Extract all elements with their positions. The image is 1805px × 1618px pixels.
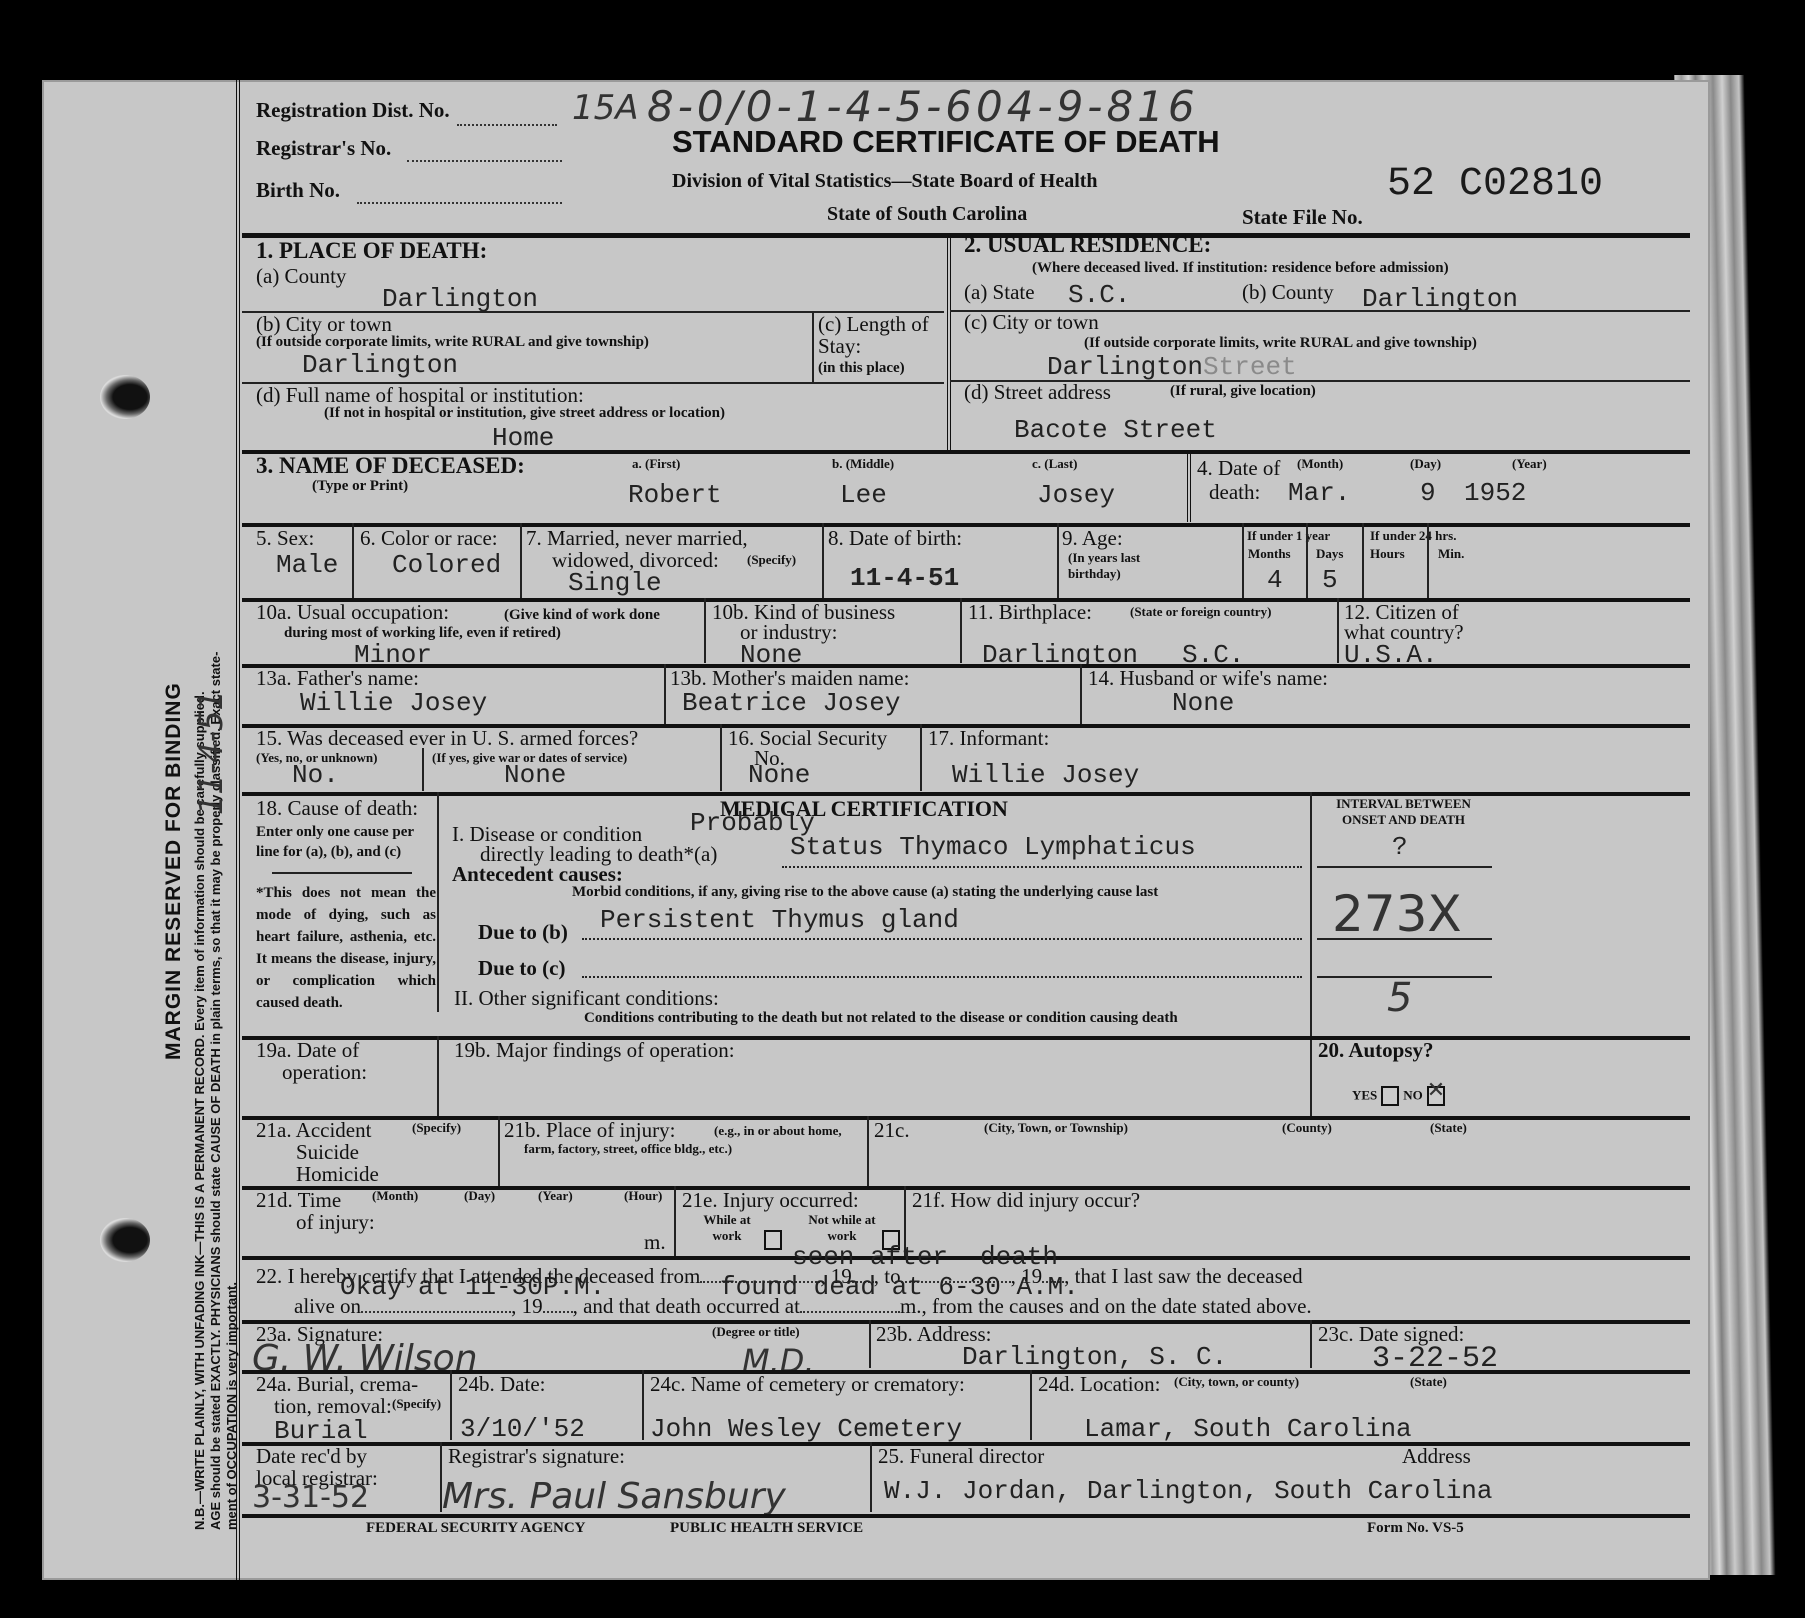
informant-value: Willie Josey <box>952 760 1139 790</box>
birth-no-line <box>357 202 562 204</box>
cause-b-value: Persistent Thymus gland <box>600 905 959 935</box>
divider <box>1242 523 1244 598</box>
state-file-number: 52 C02810 <box>1387 162 1603 207</box>
injury-year-label: (Year) <box>538 1188 573 1204</box>
reg-dist-line <box>457 124 557 126</box>
other-conditions-note: Conditions contributing to the death but… <box>584 1010 1178 1027</box>
armed-value: No. <box>292 760 339 790</box>
divider <box>822 523 824 598</box>
burial-type-specify: (Specify) <box>392 1396 441 1412</box>
injury-c-city: (City, Town, or Township) <box>984 1120 1128 1136</box>
res-city-faint-text: Street <box>1203 352 1297 382</box>
residence-note: (Where deceased lived. If institution: r… <box>1032 260 1449 277</box>
divider <box>437 792 439 1012</box>
operation-date-label2: operation: <box>282 1060 367 1085</box>
usual-residence-title: 2. USUAL RESIDENCE: <box>964 232 1211 258</box>
marital-specify: (Specify) <box>747 552 796 568</box>
dob-label: 8. Date of birth: <box>828 526 962 551</box>
divider <box>1030 1370 1032 1440</box>
due-c-label: Due to (c) <box>478 956 565 981</box>
cause-note: Enter only one cause per line for (a), (… <box>256 822 436 862</box>
last-name-label: c. (Last) <box>1032 456 1078 472</box>
divider <box>1310 1320 1312 1368</box>
funeral-director-value: W.J. Jordan, Darlington, South Carolina <box>884 1476 1493 1506</box>
injury-month-label: (Month) <box>372 1188 418 1204</box>
pod-hospital-note: (If not in hospital or institution, give… <box>324 405 725 422</box>
dod-label: 4. Date of <box>1197 456 1280 481</box>
divider <box>674 1186 676 1256</box>
res-city-text: Darlington <box>1047 352 1203 382</box>
dod-year-value: 1952 <box>1464 478 1526 508</box>
death-certificate: MARGIN RESERVED FOR BINDING N.B.—WRITE P… <box>42 80 1710 1580</box>
cause-label: 18. Cause of death: <box>256 796 418 821</box>
race-value: Colored <box>392 550 501 580</box>
divider <box>450 1370 452 1440</box>
registrar-no-line <box>407 160 562 162</box>
min-label: Min. <box>1438 546 1464 562</box>
dod-day-label: (Day) <box>1410 456 1441 472</box>
divider <box>1427 523 1429 598</box>
certificate-state: State of South Carolina <box>827 203 1027 226</box>
injury-m-label: m. <box>644 1230 666 1255</box>
last-seen-value: Okay at 11-30P.M. <box>340 1272 605 1302</box>
divider <box>242 598 1690 602</box>
margin-instruction-3: ment of OCCUPATION is very important. <box>224 1282 239 1530</box>
sex-label: 5. Sex: <box>256 526 314 551</box>
binding-margin-label: MARGIN RESERVED FOR BINDING <box>162 682 186 1060</box>
divider <box>272 872 412 874</box>
pod-stay-label2: Stay: <box>818 334 861 359</box>
war-value: None <box>504 760 566 790</box>
race-label: 6. Color or race: <box>360 526 498 551</box>
divider <box>1362 523 1364 598</box>
due-b-label: Due to (b) <box>478 920 568 945</box>
autopsy-yes-label: YES <box>1352 1088 1377 1103</box>
divider <box>1187 452 1191 522</box>
pod-county-value: Darlington <box>382 284 538 314</box>
divider <box>1310 792 1312 1117</box>
last-seen-blank <box>361 1311 511 1313</box>
hours-label: Hours <box>1370 546 1405 562</box>
informant-label: 17. Informant: <box>928 726 1049 751</box>
dod-year-label: (Year) <box>1512 456 1547 472</box>
cemetery-value: John Wesley Cemetery <box>650 1414 962 1444</box>
divider <box>1057 523 1059 598</box>
divider <box>1317 938 1492 940</box>
footer-service: PUBLIC HEALTH SERVICE <box>670 1520 863 1537</box>
funeral-address-label: Address <box>1402 1444 1471 1469</box>
divider <box>812 312 814 382</box>
pod-county-label: (a) County <box>256 264 346 289</box>
pod-city-value: Darlington <box>302 350 458 380</box>
res-city-value: DarlingtonStreet <box>1047 352 1297 382</box>
cause-a-value: Status Thymaco Lymphaticus <box>790 832 1196 862</box>
divider <box>437 1036 439 1116</box>
attended-to-value: death <box>980 1242 1058 1272</box>
divider <box>1337 598 1339 663</box>
res-county-label: (b) County <box>1242 280 1334 305</box>
injury-occurred-label: 21e. Injury occurred: <box>682 1188 859 1213</box>
under-year-label: If under 1 year <box>1247 528 1330 544</box>
footer-agency: FEDERAL SECURITY AGENCY <box>366 1520 586 1537</box>
death-time-value: found dead at 6-30 A.M. <box>720 1272 1079 1302</box>
sex-value: Male <box>276 550 338 580</box>
divider <box>352 523 354 598</box>
divider <box>867 1116 869 1186</box>
name-type-note: (Type or Print) <box>312 478 408 495</box>
pod-stay-note: (in this place) <box>818 360 905 377</box>
interval-label: INTERVAL BETWEEN ONSET AND DEATH <box>1316 796 1491 828</box>
burial-location-state: (State) <box>1410 1374 1447 1390</box>
age-note: (In years last birthday) <box>1068 550 1183 582</box>
divider <box>1080 664 1082 724</box>
injury-c-label: 21c. <box>874 1118 910 1143</box>
injury-c-county: (County) <box>1282 1120 1332 1136</box>
first-name-value: Robert <box>628 480 722 510</box>
injury-c-state: (State) <box>1430 1120 1467 1136</box>
cemetery-label: 24c. Name of cemetery or crematory: <box>650 1372 965 1397</box>
injury-type-specify: (Specify) <box>412 1120 461 1136</box>
divider <box>664 664 666 724</box>
days-label: Days <box>1316 546 1343 562</box>
father-value: Willie Josey <box>300 688 487 718</box>
autopsy-yes-checkbox[interactable] <box>1381 1086 1399 1106</box>
cause-footnote: *This does not mean the mode of dying, s… <box>256 882 436 1014</box>
place-of-death-title: 1. PLACE OF DEATH: <box>256 238 487 264</box>
divider <box>960 598 962 663</box>
divider <box>242 1256 1690 1260</box>
res-city-note: (If outside corporate limits, write RURA… <box>1084 335 1477 352</box>
burial-location-label: 24d. Location: <box>1038 1372 1160 1397</box>
injury-day-label: (Day) <box>464 1188 495 1204</box>
operation-findings-label: 19b. Major findings of operation: <box>454 1038 735 1063</box>
not-while-at-work-label: Not while at work <box>802 1212 882 1244</box>
res-city-label: (c) City or town <box>964 310 1099 335</box>
res-state-value: S.C. <box>1068 280 1130 310</box>
interval-a-value: ? <box>1392 832 1408 862</box>
dod-month-value: Mar. <box>1288 478 1350 508</box>
divider <box>1306 523 1308 598</box>
last-name-value: Josey <box>1037 480 1115 510</box>
divider <box>869 1320 871 1368</box>
pod-city-note: (If outside corporate limits, write RURA… <box>256 334 649 351</box>
autopsy-label: 20. Autopsy? <box>1318 1038 1434 1063</box>
divider <box>498 1116 500 1186</box>
under-day-label: If under 24 hrs. <box>1370 528 1456 544</box>
divider <box>704 598 706 663</box>
margin-instruction-1: N.B.—WRITE PLAINLY, WITH UNFADING INK—TH… <box>192 691 207 1530</box>
certificate-subtitle: Division of Vital Statistics—State Board… <box>672 170 1098 193</box>
res-street-value: Bacote Street <box>1014 415 1217 445</box>
reg-dist-value: 15A <box>572 88 639 128</box>
while-at-work-label: While at work <box>692 1212 762 1244</box>
ss-label: 16. Social Security <box>728 726 887 751</box>
occupation-note: (Give kind of work done during most of w… <box>284 606 694 642</box>
res-street-label: (d) Street address <box>964 380 1111 405</box>
divider <box>582 938 1302 940</box>
funeral-director-label: 25. Funeral director <box>878 1444 1044 1469</box>
registrar-date-value: 3-31-52 <box>252 1480 369 1515</box>
injury-how-label: 21f. How did injury occur? <box>912 1188 1140 1213</box>
autopsy-no-checkbox[interactable]: ✕ <box>1427 1086 1445 1106</box>
divider <box>242 1514 1690 1518</box>
checkmark-icon: ✕ <box>1427 1078 1445 1103</box>
ss-value: None <box>748 760 810 790</box>
binding-margin: MARGIN RESERVED FOR BINDING N.B.—WRITE P… <box>42 80 240 1580</box>
divider <box>720 724 722 791</box>
dob-value: 11-4-51 <box>850 563 959 593</box>
autopsy-no-label: NO <box>1403 1088 1423 1103</box>
divider <box>582 976 1302 978</box>
divider <box>642 1370 644 1440</box>
injury-time-label2: of injury: <box>296 1210 375 1235</box>
margin-handwritten-date: 11-4-51 <box>192 690 230 815</box>
injury-place-note: (e.g., in or about home, farm, factory, … <box>524 1122 864 1158</box>
other-conditions-label: II. Other significant conditions: <box>454 986 719 1011</box>
divider <box>1317 866 1492 868</box>
spouse-value: None <box>1172 688 1234 718</box>
autopsy-options: YES NO ✕ <box>1352 1086 1445 1106</box>
armed-forces-label: 15. Was deceased ever in U. S. armed for… <box>256 726 638 751</box>
age-months-value: 4 <box>1267 565 1283 595</box>
dod-month-label: (Month) <box>1297 456 1343 472</box>
pod-hospital-value: Home <box>492 423 554 453</box>
address-value: Darlington, S. C. <box>962 1342 1227 1372</box>
dod-label2: death: <box>1209 480 1260 505</box>
state-file-label: State File No. <box>1242 205 1363 230</box>
burial-location-note: (City, town, or county) <box>1174 1374 1299 1390</box>
registrar-signature: Mrs. Paul Sansbury <box>442 1476 786 1517</box>
attended-from-value: seen after <box>792 1242 948 1272</box>
registrar-no-label: Registrar's No. <box>256 136 391 161</box>
divider <box>870 1442 872 1512</box>
birth-no-label: Birth No. <box>256 178 340 203</box>
dod-day-value: 9 <box>1420 478 1436 508</box>
reg-dist-label: Registration Dist. No. <box>256 98 450 123</box>
year-blank <box>543 1311 573 1313</box>
birthplace-note: (State or foreign country) <box>1130 604 1271 620</box>
burial-date-label: 24b. Date: <box>458 1372 545 1397</box>
middle-name-value: Lee <box>840 480 887 510</box>
res-street-note: (If rural, give location) <box>1170 383 1316 400</box>
first-name-label: a. (First) <box>632 456 680 472</box>
interval-c-value: 5 <box>1387 975 1412 1021</box>
burial-date-value: 3/10/'52 <box>460 1414 585 1444</box>
divider <box>920 724 922 791</box>
birthplace-label: 11. Birthplace: <box>968 600 1092 625</box>
injury-hour-label: (Hour) <box>624 1188 662 1204</box>
res-state-label: (a) State <box>964 280 1035 305</box>
form-body: Registration Dist. No. 15A Registrar's N… <box>242 80 1690 1580</box>
degree-label: (Degree or title) <box>712 1324 800 1340</box>
interval-b-value: 273X <box>1332 885 1462 943</box>
age-label: 9. Age: <box>1062 526 1123 551</box>
antecedent-note: Morbid conditions, if any, giving rise t… <box>572 884 1158 901</box>
divider <box>782 866 1302 868</box>
death-time-blank <box>800 1311 900 1313</box>
middle-name-label: b. (Middle) <box>832 456 894 472</box>
divider <box>242 664 1690 668</box>
divider <box>520 523 522 598</box>
months-label: Months <box>1248 546 1291 562</box>
punch-hole-bottom <box>100 1218 150 1262</box>
burial-location-value: Lamar, South Carolina <box>1084 1414 1412 1444</box>
registrar-sig-label: Registrar's signature: <box>448 1444 625 1469</box>
while-at-work-checkbox[interactable] <box>764 1230 782 1250</box>
name-of-deceased-title: 3. NAME OF DECEASED: <box>256 453 525 479</box>
footer-form-number: Form No. VS-5 <box>1367 1520 1464 1537</box>
marital-value: Single <box>568 568 662 598</box>
injury-type-homicide: Homicide <box>296 1162 379 1187</box>
age-days-value: 5 <box>1322 565 1338 595</box>
punch-hole-top <box>100 375 150 419</box>
divider <box>422 748 424 791</box>
certify-text-e: , that I last saw the deceased <box>1064 1264 1303 1288</box>
certificate-title: STANDARD CERTIFICATE OF DEATH <box>672 124 1220 160</box>
divider <box>947 235 951 450</box>
mother-value: Beatrice Josey <box>682 688 900 718</box>
